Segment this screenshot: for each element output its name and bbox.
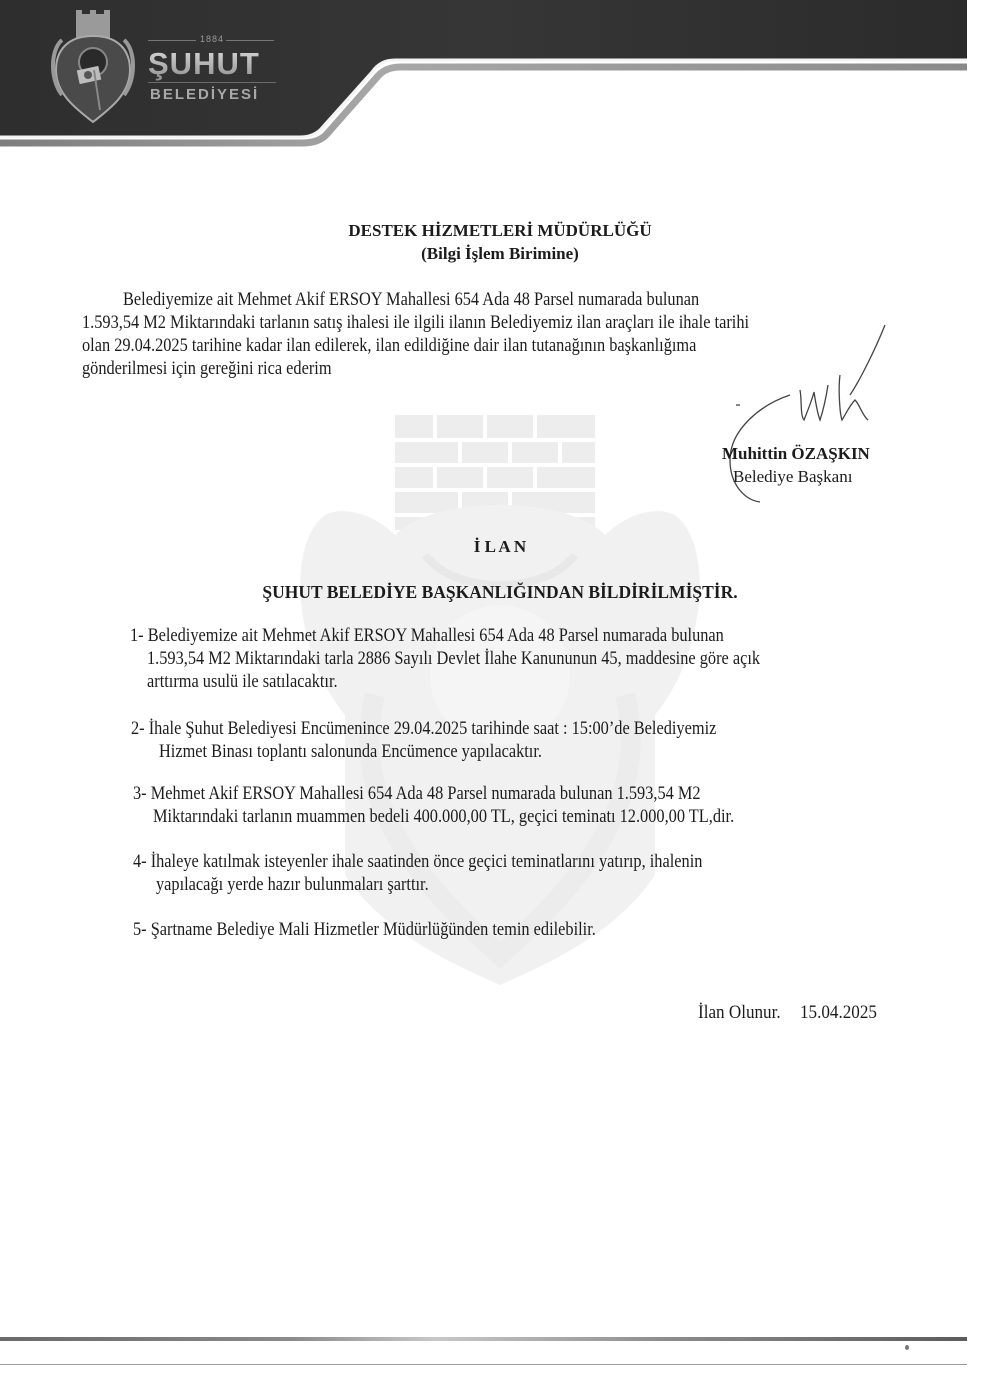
notice-line: Miktarındaki tarlanın muammen bedeli 400… bbox=[153, 806, 734, 829]
letterhead: 1884 ŞUHUT BELEDİYESİ bbox=[0, 0, 1000, 160]
notice-line: yapılacağı yerde hazır bulunmaları şartt… bbox=[156, 874, 429, 897]
signatory-title: Belediye Başkanı bbox=[733, 467, 852, 487]
notice-date: 15.04.2025 bbox=[800, 1002, 877, 1025]
notice-line: 1- Belediyemize ait Mehmet Akif ERSOY Ma… bbox=[130, 625, 724, 648]
notice-subtitle: ŞUHUT BELEDİYE BAŞKANLIĞINDAN BİLDİRİLMİ… bbox=[0, 582, 1000, 603]
notice-line: 1.593,54 M2 Miktarındaki tarla 2886 Sayı… bbox=[147, 648, 760, 671]
notice-line: Hizmet Binası toplantı salonunda Encümen… bbox=[159, 741, 542, 764]
suhut-emblem-watermark-icon bbox=[285, 395, 715, 985]
notice-line: arttırma usulü ile satılacaktır. bbox=[147, 671, 338, 694]
municipality-name: ŞUHUT bbox=[148, 46, 260, 82]
department-heading: DESTEK HİZMETLERİ MÜDÜRLÜĞÜ bbox=[0, 221, 1000, 241]
notice-title: İ L A N bbox=[0, 537, 1000, 557]
memo-line: 1.593,54 M2 Miktarındaki tarlanın satış … bbox=[82, 312, 749, 335]
notice-line: 2- İhale Şuhut Belediyesi Encümenince 29… bbox=[131, 718, 716, 741]
municipality-subtitle: BELEDİYESİ bbox=[150, 86, 259, 103]
notice-line: 5- Şartname Belediye Mali Hizmetler Müdü… bbox=[133, 919, 596, 942]
scan-speck bbox=[905, 1345, 909, 1350]
footer-rule bbox=[0, 1337, 967, 1341]
recipient-unit: (Bilgi İşlem Birimine) bbox=[0, 244, 1000, 264]
notice-line: 3- Mehmet Akif ERSOY Mahallesi 654 Ada 4… bbox=[133, 783, 701, 806]
suhut-municipality-emblem-icon bbox=[48, 10, 138, 125]
footer-rule-thin bbox=[0, 1364, 967, 1365]
signatory-name: Muhittin ÖZAŞKIN bbox=[722, 444, 870, 464]
memo-line: olan 29.04.2025 tarihine kadar ilan edil… bbox=[82, 335, 696, 358]
memo-line: gönderilmesi için gereğini rica ederim bbox=[82, 358, 332, 381]
founded-year: 1884 bbox=[200, 34, 224, 44]
memo-line: Belediyemize ait Mehmet Akif ERSOY Mahal… bbox=[123, 289, 699, 312]
closing-phrase: İlan Olunur. bbox=[698, 1002, 781, 1025]
notice-line: 4- İhaleye katılmak isteyenler ihale saa… bbox=[133, 851, 702, 874]
